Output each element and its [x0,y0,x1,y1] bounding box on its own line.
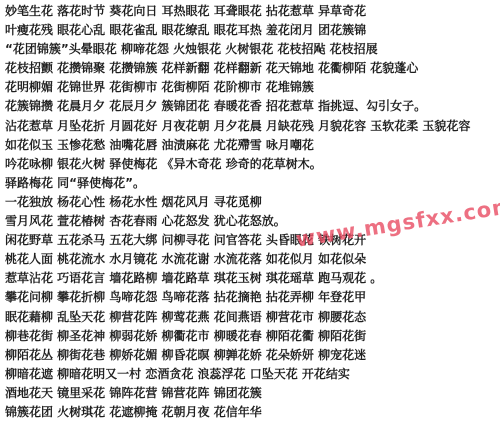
text-line: 妙笔生花 落花时节 葵花向日 耳热眼花 耳聋眼花 拈花惹草 异草奇花 [5,2,500,21]
text-line: 柳暗花遮 柳暗花明又一村 恋酒贪花 浪蕊浮花 口坠天花 开花结实 [5,365,500,384]
text-line: 雪月风花 萱花椿树 杏花春雨 心花怒发 犹心花怒放。 [5,212,500,231]
text-line: 闲花野草 五花杀马 五花大绑 问柳寻花 问官答花 头昏眼花 铁树花开 [5,231,500,250]
text-line: 花枝招颤 花攒锦聚 花攒锦簇 花样新翻 花样翻新 花天锦地 花衢柳陌 花貌蓬心 [5,59,500,78]
text-line: “花团锦簇”头晕眼花 柳啼花怨 火烛银花 火树银花 花枝招飐 花枝招展 [5,40,500,59]
text-line: 桃花人面 桃花流水 水月镜花 水流花谢 水流花落 如花似月 如花似朵 [5,250,500,269]
text-line: 酒地花天 镜里采花 锦阵花营 锦营花阵 锦团花簇 [5,384,500,403]
text-line: 驿路梅花 同“驿使梅花”。 [5,174,500,193]
text-line: 锦簇花团 火树琪花 花遮柳掩 花朝月夜 花信年华 [5,403,500,421]
text-line: 柳巷花街 柳圣花神 柳弱花娇 柳衢花市 柳暖花春 柳陌花衢 柳陌花街 [5,327,500,346]
text-line: 柳陌花丛 柳街花巷 柳娇花媚 柳昏花暝 柳亸花娇 花朵娇妍 柳宠花迷 [5,346,500,365]
text-line: 一花独放 杨花心性 杨花水性 烟花风月 寻花觅柳 [5,193,500,212]
text-lines: 妙笔生花 落花时节 葵花向日 耳热眼花 耳聋眼花 拈花惹草 异草奇花叶瘦花残 眼… [5,2,500,421]
text-line: 叶瘦花残 眼花心乱 眼花雀乱 眼花缭乱 眼花耳热 羞花闭月 团花簇锦 [5,21,500,40]
text-line: 眠花藉柳 乱坠天花 柳营花阵 柳莺花燕 花间燕语 柳营花市 柳腰花态 [5,308,500,327]
document-page: 妙笔生花 落花时节 葵花向日 耳热眼花 耳聋眼花 拈花惹草 异草奇花叶瘦花残 眼… [0,0,500,421]
text-line: 如花似玉 玉惨花愁 油嘴花唇 油渍麻花 尤花殢雪 咏月嘲花 [5,136,500,155]
text-line: 花明柳媚 花锦世界 花街柳市 花街柳陌 花阶柳市 花堆锦簇 [5,78,500,97]
text-line: 沾花惹草 月坠花折 月圆花好 月夜花朝 月夕花晨 月缺花残 月貌花容 玉软花柔 … [5,117,500,136]
text-line: 吟花咏柳 银花火树 驿使梅花 《异木奇花 珍奇的花草树木。 [5,155,500,174]
text-line: 惹草沾花 巧语花言 墙花路柳 墙花路草 琪花玉树 琪花瑶草 跑马观花 。 [5,269,500,288]
text-line: 花簇锦攒 花晨月夕 花辰月夕 簇锦团花 春暖花香 招花惹草 指挑逗、勾引女子。 [5,97,500,116]
text-line: 攀花问柳 攀花折柳 鸟啼花怨 鸟啼花落 拈花摘艳 拈花弄柳 年登花甲 [5,288,500,307]
